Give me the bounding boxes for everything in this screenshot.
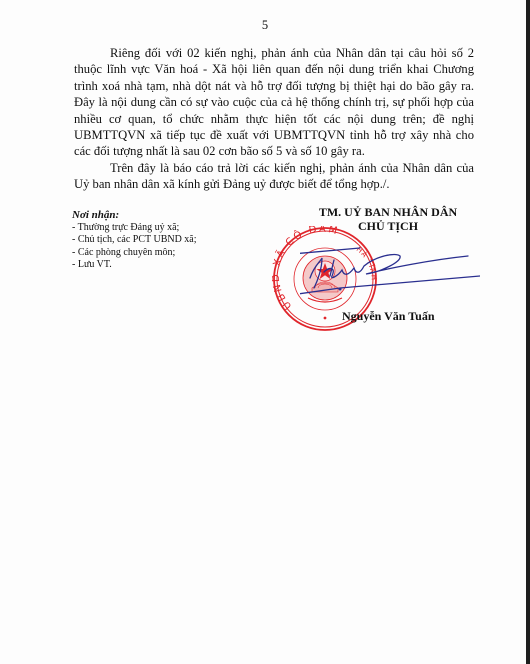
- recipient-item: - Lưu VT.: [72, 259, 197, 272]
- viewer-edge: [526, 0, 530, 664]
- recipients-block: Nơi nhận: - Thường trực Đảng uỷ xã; - Ch…: [72, 209, 197, 272]
- position-label: CHỦ TỊCH: [300, 219, 476, 233]
- document-page: 5 Riêng đối với 02 kiến nghị, phản ánh c…: [0, 0, 526, 664]
- on-behalf-label: TM. UỶ BAN NHÂN DÂN: [300, 205, 476, 219]
- paragraph-conclusion: Trên đây là báo cáo trả lời các kiến ngh…: [74, 160, 474, 193]
- recipient-item: - Chủ tịch, các PCT UBND xã;: [72, 234, 197, 247]
- document-body: Riêng đối với 02 kiến nghị, phản ánh của…: [74, 45, 474, 193]
- signer-name: Nguyễn Văn Tuấn: [342, 309, 435, 324]
- signature-block: TM. UỶ BAN NHÂN DÂN CHỦ TỊCH: [300, 205, 476, 233]
- recipients-title: Nơi nhận:: [72, 209, 197, 222]
- page-number: 5: [0, 18, 530, 33]
- paragraph-housing-proposal: Riêng đối với 02 kiến nghị, phản ánh của…: [74, 45, 474, 160]
- handwritten-signature-icon: [300, 246, 480, 306]
- recipient-item: - Các phòng chuyên môn;: [72, 247, 197, 260]
- recipient-item: - Thường trực Đảng uỷ xã;: [72, 222, 197, 235]
